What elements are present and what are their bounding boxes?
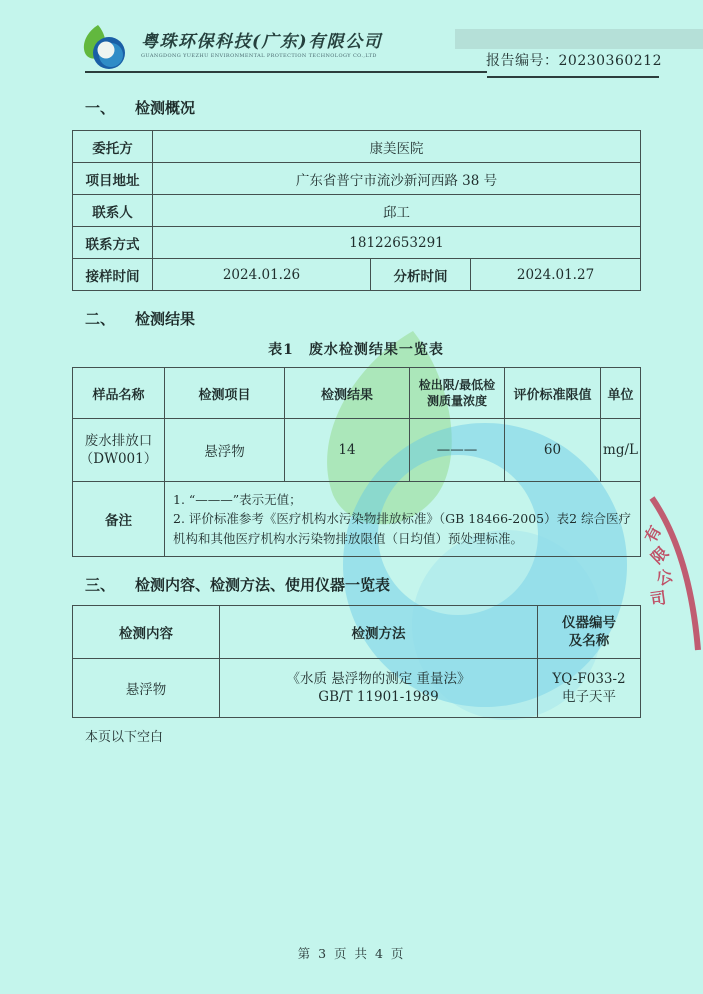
remark-row: 备注 1. “———”表示无值； 2. 评价标准参考《医疗机构水污染物排放标准》… (73, 482, 641, 557)
report-number-value: 20230360212 (559, 53, 662, 69)
detect-limit: ——— (410, 419, 505, 482)
col-header-item: 检测项目 (165, 368, 285, 419)
company-name-en: GUANGDONG YUEZHU ENVIRONMENTAL PROTECTIO… (141, 54, 382, 60)
method-table-header-row: 检测内容 检测方法 仪器编号 及名称 (73, 606, 641, 659)
blank-below-note: 本页以下空白 (85, 726, 163, 745)
overview-value: 18122653291 (153, 227, 641, 259)
overview-label: 联系方式 (73, 227, 153, 259)
overview-label: 联系人 (73, 195, 153, 227)
standard-limit: 60 (505, 419, 601, 482)
seal-char: 限 (645, 541, 672, 569)
result-data-row: 废水排放口 （DW001） 悬浮物 14 ——— 60 mg/L (73, 419, 641, 482)
sampling-time-label: 接样时间 (73, 259, 153, 291)
section-3-title: 三、检测内容、检测方法、使用仪器一览表 (85, 574, 390, 595)
remark-label: 备注 (73, 482, 165, 557)
seal-char: 公 (652, 563, 676, 591)
col-header-unit: 单位 (601, 368, 641, 419)
section-3-text: 检测内容、检测方法、使用仪器一览表 (135, 576, 390, 594)
report-number: 报告编号：20230360212 (486, 50, 662, 70)
table-row: 项目地址 广东省普宁市流沙新河西路 38 号 (73, 163, 641, 195)
section-3-number: 三、 (85, 576, 115, 594)
table-row: 联系人 邱工 (73, 195, 641, 227)
test-item: 悬浮物 (165, 419, 285, 482)
table-row: 委托方 康美医院 (73, 131, 641, 163)
method-name: 《水质 悬浮物的测定 重量法》 GB/T 11901-1989 (220, 659, 538, 718)
table-row: 联系方式 18122653291 (73, 227, 641, 259)
col-header-result: 检测结果 (285, 368, 410, 419)
col-header-instrument: 仪器编号 及名称 (538, 606, 641, 659)
col-header-standard: 评价标准限值 (505, 368, 601, 419)
method-table: 检测内容 检测方法 仪器编号 及名称 悬浮物 《水质 悬浮物的测定 重量法》 G… (72, 605, 641, 718)
table-row: 接样时间 2024.01.26 分析时间 2024.01.27 (73, 259, 641, 291)
report-number-label: 报告编号： (486, 53, 559, 69)
company-logo-icon (78, 24, 132, 74)
section-1-number: 一、 (85, 99, 115, 117)
test-result: 14 (285, 419, 410, 482)
result-table-header-row: 样品名称 检测项目 检测结果 检出限/最低检 测质量浓度 评价标准限值 单位 (73, 368, 641, 419)
sample-name: 废水排放口 （DW001） (73, 419, 165, 482)
company-block: 粤珠环保科技(广东)有限公司 GUANGDONG YUEZHU ENVIRONM… (141, 33, 382, 59)
remark-text: 1. “———”表示无值； 2. 评价标准参考《医疗机构水污染物排放标准》（GB… (165, 482, 641, 557)
result-table: 样品名称 检测项目 检测结果 检出限/最低检 测质量浓度 评价标准限值 单位 废… (72, 367, 641, 557)
analysis-time-value: 2024.01.27 (471, 259, 641, 291)
overview-value: 邱工 (153, 195, 641, 227)
seal-char: 司 (648, 585, 667, 610)
section-2-text: 检测结果 (135, 310, 195, 328)
overview-table: 委托方 康美医院 项目地址 广东省普宁市流沙新河西路 38 号 联系人 邱工 联… (72, 130, 641, 291)
result-table-caption: 表1 废水检测结果一览表 (72, 339, 640, 359)
col-header-method: 检测方法 (220, 606, 538, 659)
col-header-sample: 样品名称 (73, 368, 165, 419)
section-2-title: 二、检测结果 (85, 308, 195, 329)
unit: mg/L (601, 419, 641, 482)
header-rule-right (487, 76, 659, 78)
overview-value: 广东省普宁市流沙新河西路 38 号 (153, 163, 641, 195)
report-page: 粤珠环保科技(广东)有限公司 GUANGDONG YUEZHU ENVIRONM… (0, 0, 703, 994)
method-data-row: 悬浮物 《水质 悬浮物的测定 重量法》 GB/T 11901-1989 YQ-F… (73, 659, 641, 718)
page-number: 第 3 页 共 4 页 (0, 944, 703, 962)
section-1-title: 一、检测概况 (85, 97, 195, 118)
overview-label: 项目地址 (73, 163, 153, 195)
section-1-text: 检测概况 (135, 99, 195, 117)
scan-shading (455, 29, 703, 49)
sampling-time-value: 2024.01.26 (153, 259, 371, 291)
overview-label: 委托方 (73, 131, 153, 163)
method-content: 悬浮物 (73, 659, 220, 718)
col-header-detect-limit: 检出限/最低检 测质量浓度 (410, 368, 505, 419)
instrument-name: YQ-F033-2 电子天平 (538, 659, 641, 718)
overview-value: 康美医院 (153, 131, 641, 163)
analysis-time-label: 分析时间 (371, 259, 471, 291)
header-rule-left (85, 71, 487, 73)
company-name: 粤珠环保科技(广东)有限公司 (141, 33, 382, 52)
seal-char: 有 (638, 521, 666, 546)
col-header-content: 检测内容 (73, 606, 220, 659)
section-2-number: 二、 (85, 310, 115, 328)
